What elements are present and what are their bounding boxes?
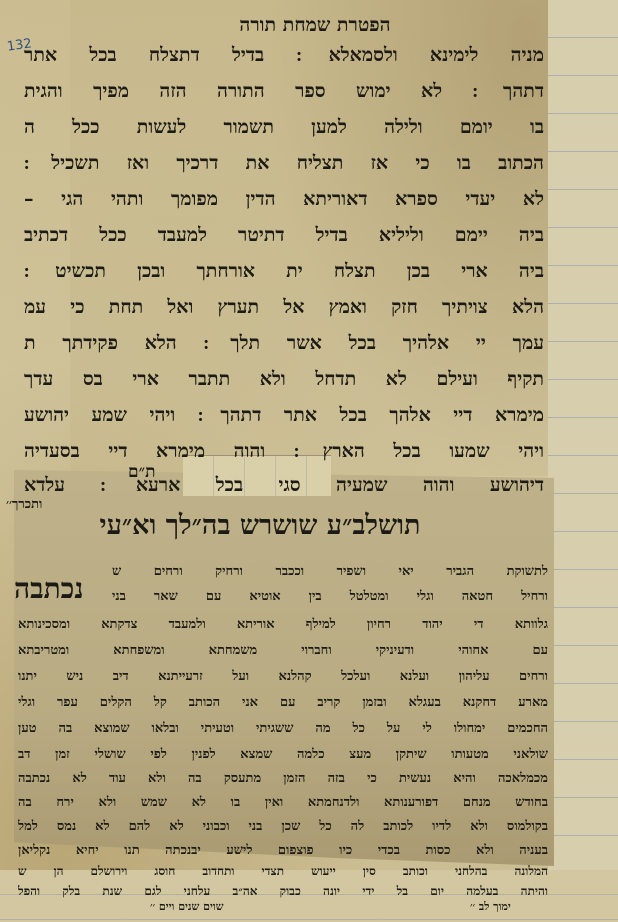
text-line: ביה ארי בכן תצלח ית אורחתך ובכן תכשיט ׃ xyxy=(24,260,544,283)
manuscript-page: 132 הפטרת שמחת תורה מניה לימינא ולסמאלא … xyxy=(0,0,618,922)
section1-title: הפטרת שמחת תורה xyxy=(200,14,430,37)
text-line-small: בחודש מנחם דפורענותא ולדנחמתא ואין בו לא… xyxy=(18,794,548,810)
text-line-small: מכמלאכה והיא נעשית כי בזה הזמן מתעסק בה … xyxy=(18,770,548,786)
signature-line: שוים שנים ויים ׳׳ xyxy=(150,900,223,913)
text-line-small: בקולמוס ולא לדיו לכותב לה כל שכן בני וכב… xyxy=(18,818,548,834)
text-line: הכתוב בו כי אז תצליח את דרכיך ואז תשכיל … xyxy=(24,152,544,175)
text-line-small: המלונה בהלחני וכותב סין ייעוש תצדי ותחדו… xyxy=(18,864,548,879)
text-line-small: גלוותא די יהוד רחיון למילף אוריתא ולמעבד… xyxy=(18,616,548,632)
closing-mark: ת״ם xyxy=(128,462,155,482)
text-line-small: לתשוקת הגביר יאי ושפיר וככבר ורחיק ורחים… xyxy=(112,563,548,579)
text-line-small: ורחים עליהון ועלנא ועלכל קהלנא ועל זרעיי… xyxy=(18,668,548,684)
text-line: דיהושע והוה שמעיה סגי בכל ארעא ׃ עלדא xyxy=(24,474,544,497)
text-line-small: עם אחוהי ודעיניקי וחברוי משמחתא ומשפחתא … xyxy=(18,642,548,658)
signature-line: ימוך לב ׳׳ xyxy=(470,900,511,913)
text-line: מניה לימינא ולסמאלא ׃ בדיל דתצלח בכל אתר xyxy=(24,44,544,67)
text-line-small: ורחיל חטאה וגלי ומטלטל בין אוטיא עם שאר … xyxy=(112,588,548,604)
text-line-small: החכמים ימחולו לי על כל מה ששגיתי וטעיתי … xyxy=(18,720,548,736)
ruled-paper-right-strip xyxy=(548,0,618,922)
text-line: לא יעדי ספרא דאוריתא הדין מפומך ותהי הגי… xyxy=(24,188,544,211)
tail-word: ותכרך׳׳ xyxy=(6,496,42,512)
text-line: ויהי שמעו בכל הארץ ׃ והוה מימרא דיי בסעד… xyxy=(24,440,544,463)
text-line: דתהך ׃ לא ימוש ספר התורה הזה מפיך והגית xyxy=(24,80,544,103)
section2-heading: תושלב״ע שושרש בה״לך וא״עי xyxy=(50,510,470,541)
section2-side-word: נכתבה xyxy=(14,572,83,606)
text-line: בו יומם ולילה למען תשמור לעשות ככל ה xyxy=(24,116,544,139)
text-line-small: מארע דחקנא בעגלא ובזמן קריב עם אני הכותב… xyxy=(18,694,548,710)
text-line: ביה יימם וליליא בדיל דתיטר למעבד ככל דכת… xyxy=(24,224,544,247)
text-line: מימרא דיי אלהך בכל אתר דתהך ׃ ויהי שמע י… xyxy=(24,404,544,427)
text-line-small: והיתה בעלמה יום בל ידי יונה כבוק אה״ב על… xyxy=(18,884,548,899)
text-line-small: בעניה ולא כסות בכדי כיו פוצפום לישע יבנכ… xyxy=(18,842,548,858)
text-line-small: שולאני מטעותו שיתקן מעצ כלמה שמצא לפנין … xyxy=(18,746,548,762)
text-line: הלא צויתיך חזק ואמץ אל תערץ ואל תחת כי ע… xyxy=(24,296,544,319)
text-line: עמך יי אלהיך בכל אשר תלך ׃ הלא פקידתך ת xyxy=(24,332,544,355)
text-line: תקיף ועילם לא תדחל ולא תתבר ארי בס עדך xyxy=(24,368,544,391)
